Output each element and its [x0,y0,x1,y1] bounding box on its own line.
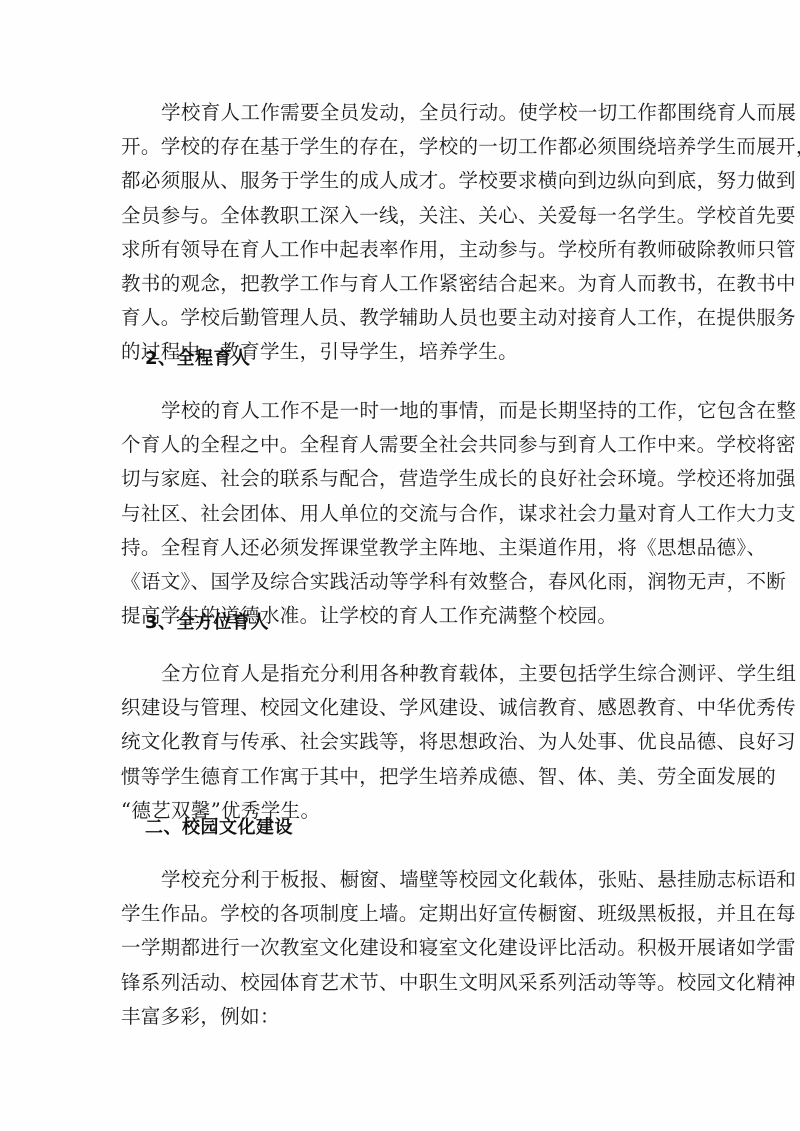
text-line: 全员参与。全体教职工深入一线，关注、关心、关爱每一名学生。学校首先要 [121,199,696,233]
text-line: 与社区、社会团体、用人单位的交流与合作，谋求社会力量对育人工作大力支 [121,497,696,531]
text-line: 统文化教育与传承、社会实践等，将思想政治、为人处事、优良品德、良好习 [121,725,696,759]
section-heading-campus-culture: 二、校园文化建设 [145,816,293,840]
text-line: 学生作品。学校的各项制度上墙。定期出好宣传橱窗、班级黑板报，并且在每 [121,897,696,931]
text-line: 持。全程育人还必须发挥课堂教学主阵地、主渠道作用，将《思想品德》、 [121,531,696,565]
text-line: 都必须服从、服务于学生的成人成才。学校要求横向到边纵向到底，努力做到 [121,164,696,198]
text-line: 一学期都进行一次教室文化建设和寝室文化建设评比活动。积极开展诸如学雷 [121,931,696,965]
text-line: 开。学校的存在基于学生的存在，学校的一切工作都必须围绕培养学生而展开， [121,130,696,164]
document-page: 学校育人工作需要全员发动，全员行动。使学校一切工作都围绕育人而展 开。学校的存在… [0,0,800,1131]
text-line: 全方位育人是指充分利用各种教育载体，主要包括学生综合测评、学生组 [121,657,696,691]
text-line: 求所有领导在育人工作中起表率作用，主动参与。学校所有教师破除教师只管 [121,233,696,267]
text-line: 育人。学校后勤管理人员、教学辅助人员也要主动对接育人工作，在提供服务 [121,301,696,335]
text-line: 织建设与管理、校园文化建设、学风建设、诚信教育、感恩教育、中华优秀传 [121,691,696,725]
text-line: 惯等学生德育工作寓于其中，把学生培养成德、智、体、美、劳全面发展的 [121,760,696,794]
paragraph-whole-process-education: 学校的育人工作不是一时一地的事情，而是长期坚持的工作，它包含在整 个育人的全程之… [121,394,696,633]
text-line: 教书的观念，把教学工作与育人工作紧密结合起来。为育人而教书，在教书中 [121,267,696,301]
text-line: 锋系列活动、校园体育艺术节、中职生文明风采系列活动等等。校园文化精神 [121,966,696,1000]
text-line: 学校的育人工作不是一时一地的事情，而是长期坚持的工作，它包含在整 [121,394,696,428]
section-heading-whole-process: 2、全程育人 [145,347,251,371]
text-line: 个育人的全程之中。全程育人需要全社会共同参与到育人工作中来。学校将密 [121,428,696,462]
text-line: 丰富多彩，例如： [121,1000,696,1034]
text-line: 切与家庭、社会的联系与配合，营造学生成长的良好社会环境。学校还将加强 [121,462,696,496]
text-line: 学校充分利于板报、橱窗、墙壁等校园文化载体，张贴、悬挂励志标语和 [121,863,696,897]
text-line: 学校育人工作需要全员发动，全员行动。使学校一切工作都围绕育人而展 [121,96,696,130]
paragraph-all-round-education: 全方位育人是指充分利用各种教育载体，主要包括学生综合测评、学生组 织建设与管理、… [121,657,696,828]
section-heading-all-round: 3、全方位育人 [145,611,269,635]
paragraph-all-staff-education: 学校育人工作需要全员发动，全员行动。使学校一切工作都围绕育人而展 开。学校的存在… [121,96,696,370]
text-line: 《语文》、国学及综合实践活动等学科有效整合，春风化雨，润物无声，不断 [121,565,696,599]
paragraph-campus-culture: 学校充分利于板报、橱窗、墙壁等校园文化载体，张贴、悬挂励志标语和 学生作品。学校… [121,863,696,1034]
